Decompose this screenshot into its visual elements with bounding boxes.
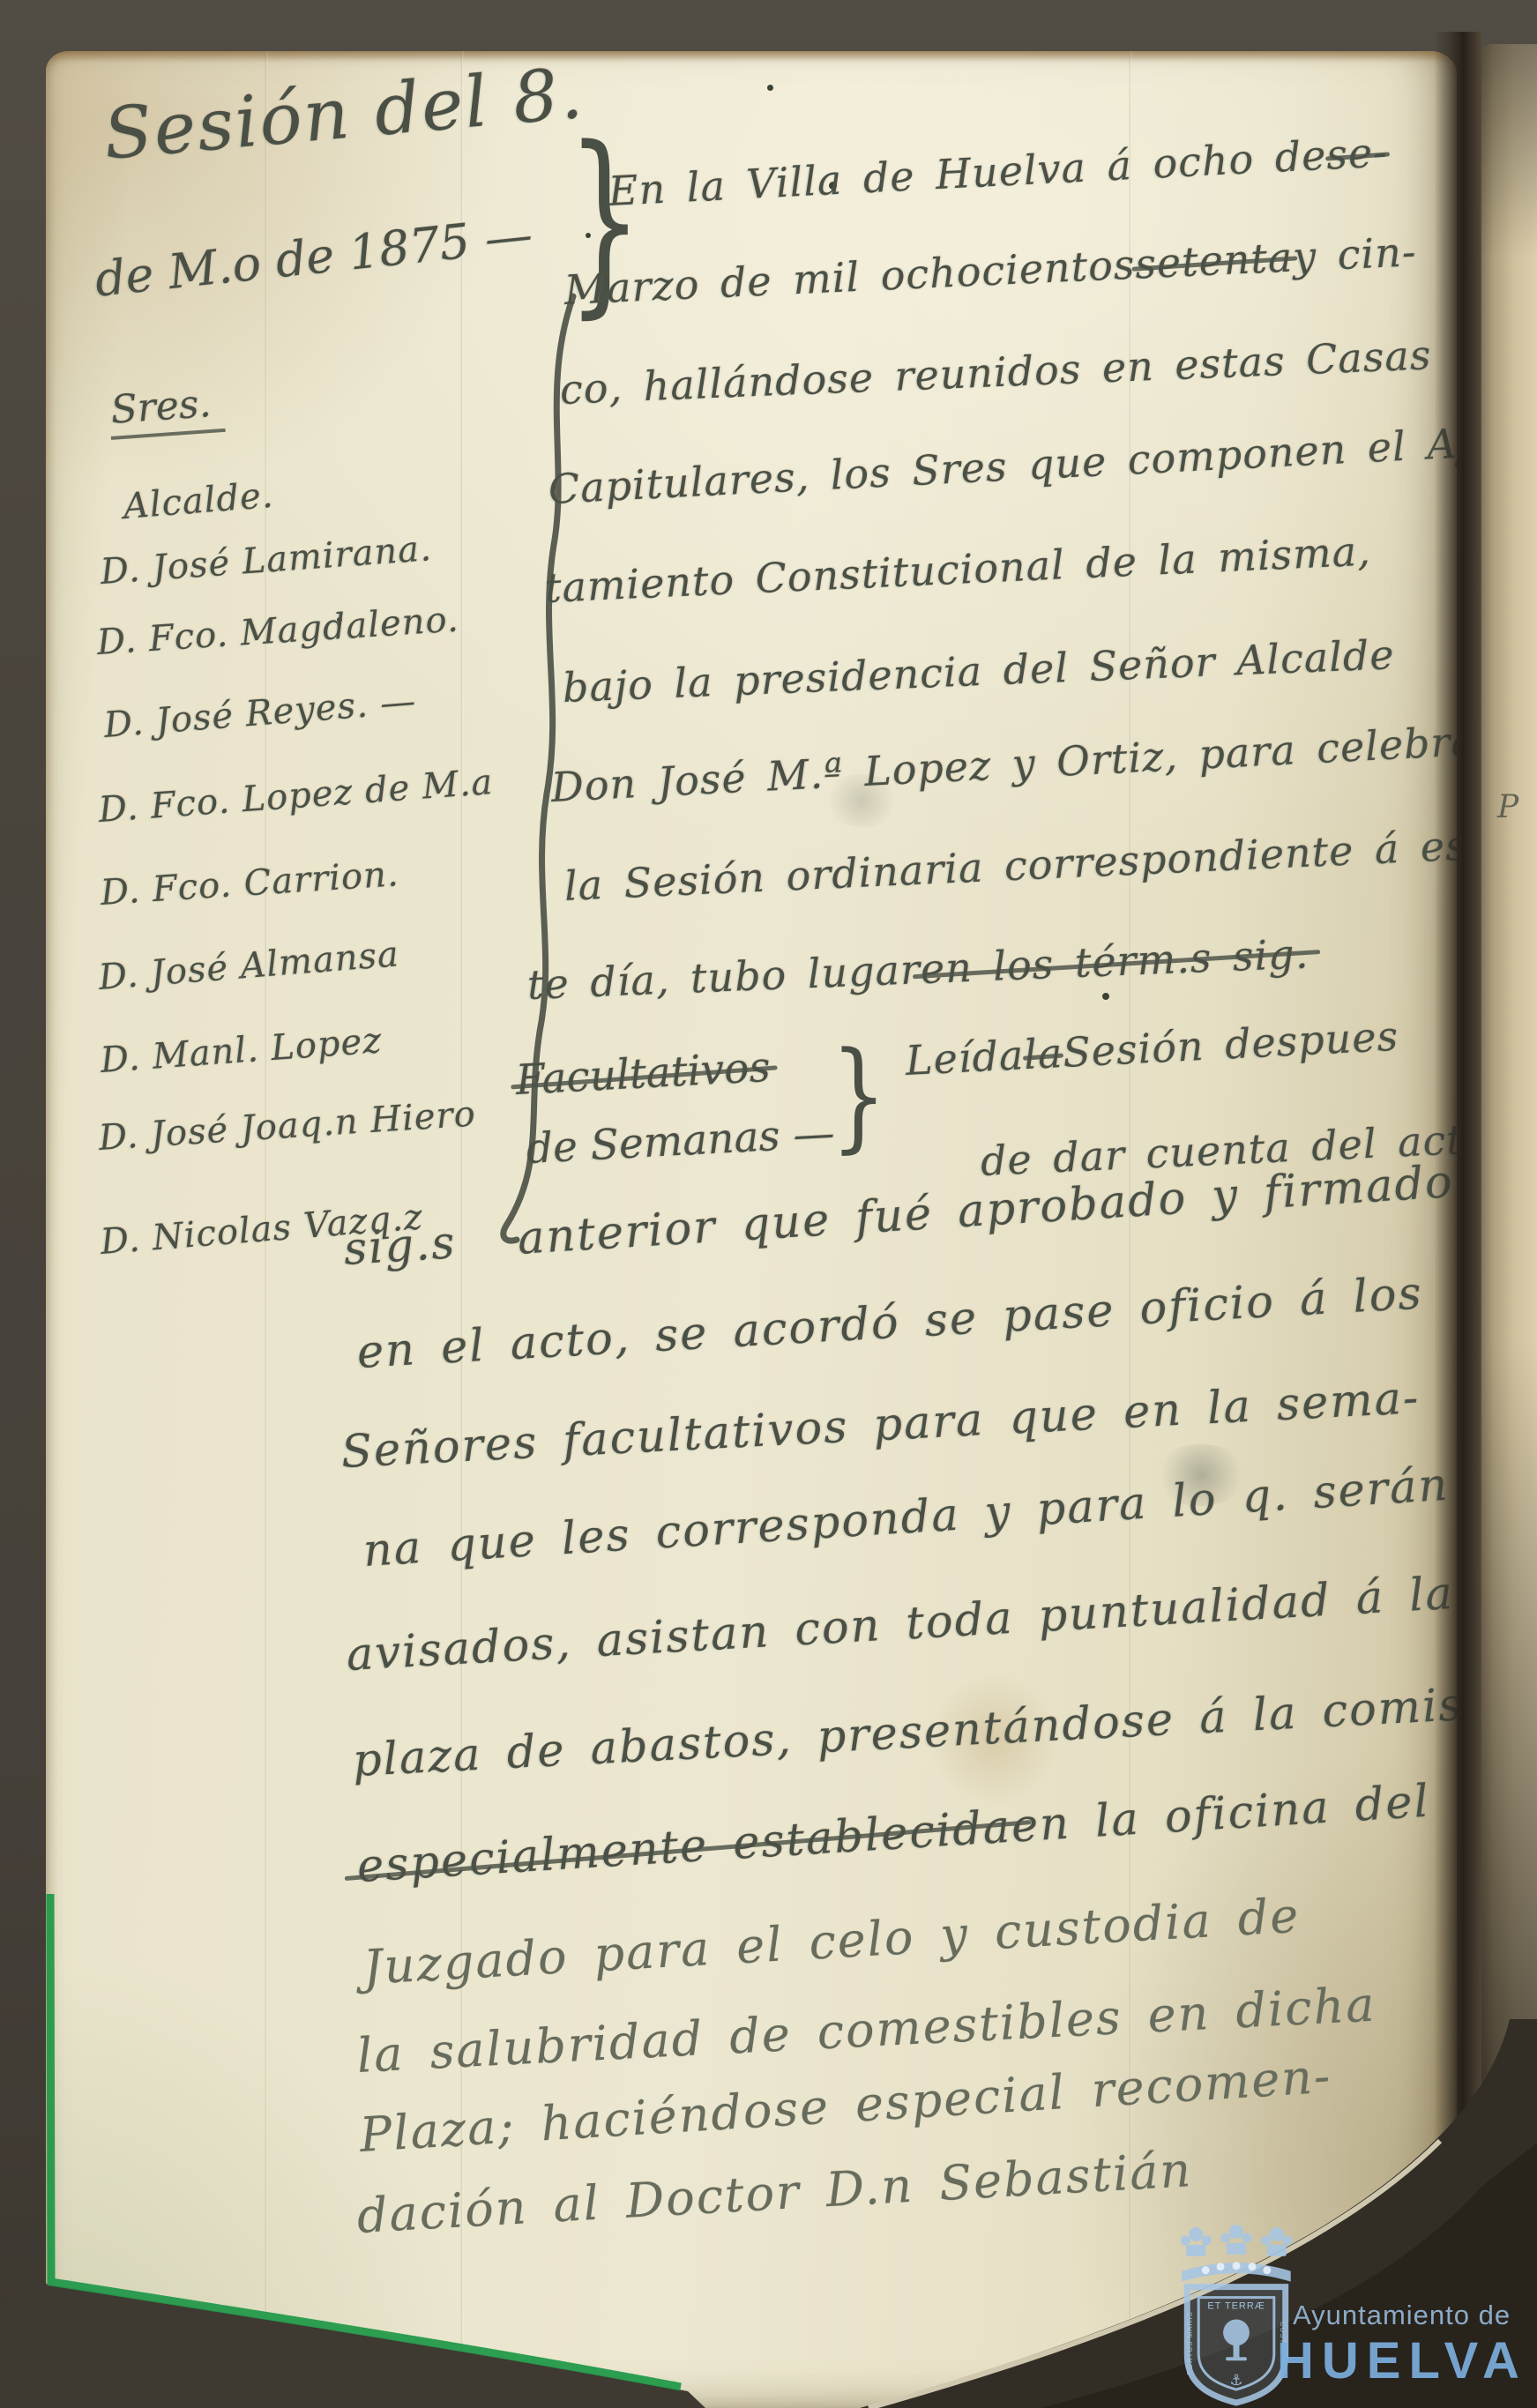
manuscript-line: avisados, asistan con toda puntualidad á… [345, 1568, 1455, 1681]
crest-motto-top: ET TERRÆ [1207, 2301, 1265, 2312]
manuscript-line: na que les corresponda y para lo q. será… [362, 1459, 1451, 1577]
handwritten-text: plaza de abastos, presentándose á la com… [352, 1675, 1457, 1787]
handwritten-text: Alcalde. [122, 475, 275, 527]
manuscript-line: en el acto, se acordó se pase oficio á l… [355, 1267, 1424, 1378]
archive-photograph: Psc Sesión del 8. de M.o de 1875 — Sres.… [0, 0, 1537, 2408]
watermark-text-small: Ayuntamiento de [1293, 2300, 1511, 2331]
manuscript-line: la Sesión ordinaria correspondiente á es… [563, 821, 1457, 910]
manuscript-line: te día, tubo lugar en los térm.s sig. [526, 929, 1309, 1009]
handwritten-text: avisados, asistan con toda puntualidad á… [345, 1568, 1455, 1681]
manuscript-line: dación al Doctor D.n Sebastián [355, 2142, 1193, 2244]
manuscript-line: D. Manl. Lopez [99, 1020, 383, 1081]
handwritten-text: en el acto, se acordó se pase oficio á l… [355, 1267, 1424, 1378]
handwritten-text: Señores facultativos para que en la sema… [340, 1372, 1421, 1479]
handwritten-text: D. José Joaq.n Hiero [98, 1093, 477, 1159]
handwritten-text: na que les corresponda y para lo q. será… [362, 1459, 1451, 1577]
manuscript-line: sig.santerior que fué aprobado y firmado [342, 1156, 1455, 1276]
manuscript-line: Alcalde. [122, 475, 275, 527]
attendees-heading: Sres. [108, 380, 226, 440]
struck-text: especialmente establecida [355, 1801, 1013, 1893]
handwritten-text: D. José Almansa [97, 934, 400, 998]
adjacent-page-ink-fragment: c [1511, 2102, 1529, 2138]
margin-note-line1: Facultativos [515, 1043, 772, 1105]
manuscript-line: D. José Almansa [97, 934, 400, 998]
manuscript-line: D. José Joaq.n Hiero [98, 1093, 477, 1159]
manuscript-line: En la Villa de Huelva á ocho de se- [608, 128, 1389, 215]
ink-dot [1102, 993, 1109, 1000]
handwritten-text: D. Fco. Lopez de M.a [97, 762, 494, 831]
manuscript-line: plaza de abastos, presentándose á la com… [352, 1675, 1457, 1787]
manuscript-line: tamiento Constitucional de la misma, [544, 526, 1372, 611]
manuscript-line: especialmente establecida en la oficina … [355, 1776, 1431, 1893]
adjacent-page-edge: Psc [1480, 44, 1537, 2408]
handwritten-text: D. Fco. Magdaleno. [96, 600, 460, 663]
manuscript-line: D. Fco. Carrion. [100, 854, 400, 913]
manuscript-line: D. Fco. Magdaleno. [96, 600, 460, 663]
watermark-text-large: HUELVA [1277, 2331, 1527, 2390]
handwritten-text: bajo la presidencia del Señor Alcalde [562, 630, 1396, 712]
adjacent-page-ink-fragment: P [1497, 789, 1518, 825]
word-gap [457, 1254, 519, 1257]
struck-text: setenta [1134, 234, 1294, 288]
struck-text: en los térm.s sig. [920, 929, 1309, 993]
manuscript-page: Sesión del 8. de M.o de 1875 — Sres. Alc… [46, 51, 1457, 2408]
brace-mark: } [831, 1037, 887, 1156]
manuscript-line: Leída la Sesión despues [905, 1012, 1400, 1085]
manuscript-line: D. Fco. Lopez de M.a [97, 762, 494, 831]
handwritten-text: en la oficina del [1010, 1776, 1431, 1853]
handwritten-text: Don José M.ª Lopez y Ortiz, para celebra… [550, 716, 1457, 811]
manuscript-line: Juzgado para el celo y custodia de [362, 1888, 1302, 1995]
handwritten-text: Marzo de mil ochocientos [563, 241, 1137, 314]
manuscript-line: Capitulares, los Sres que componen el Ay… [548, 415, 1457, 513]
margin-note-line2: de Semanas — [526, 1109, 836, 1174]
handwritten-text: Capitulares, los Sres que componen el Ay… [548, 415, 1457, 513]
struck-text: se- [1325, 128, 1389, 178]
handwritten-text: sig.s [342, 1217, 458, 1276]
crest-motto-left: PORTUS MARIS [1186, 2311, 1194, 2374]
adjacent-page-ink-fragment: s [1504, 2019, 1520, 2055]
manuscript-line: D. José Reyes. — [102, 681, 418, 746]
handwritten-text: En la Villa de Huelva á ocho de [608, 131, 1328, 215]
manuscript-line: Marzo de mil ochocientos setenta y cin- [563, 227, 1418, 314]
handwritten-text: Leída [905, 1031, 1026, 1085]
ink-dot [767, 85, 773, 91]
paper-fold-line [1129, 51, 1132, 2408]
handwritten-text: dación al Doctor D.n Sebastián [355, 2142, 1193, 2244]
manuscript-line: Don José M.ª Lopez y Ortiz, para celebra… [550, 716, 1457, 811]
handwritten-text: D. Fco. Carrion. [100, 854, 400, 913]
handwritten-text: D. José Reyes. — [102, 681, 418, 746]
handwritten-text: tamiento Constitucional de la misma, [544, 526, 1372, 611]
session-date: de M.o de 1875 — [93, 206, 535, 308]
handwritten-text: Juzgado para el celo y custodia de [362, 1888, 1302, 1995]
manuscript-line: Señores facultativos para que en la sema… [340, 1372, 1421, 1479]
session-title: Sesión del 8. [101, 52, 587, 175]
handwritten-text: te día, tubo lugar [526, 945, 921, 1009]
struck-text: la [1023, 1029, 1064, 1078]
handwritten-text: co, hallándose reunidos en estas Casas [559, 331, 1432, 414]
crest-anchor-icon: ⚓ [1229, 2371, 1242, 2389]
manuscript-line: bajo la presidencia del Señor Alcalde [562, 630, 1396, 712]
handwritten-text: y cin- [1292, 227, 1418, 280]
handwritten-text: D. Manl. Lopez [99, 1020, 383, 1081]
handwritten-text: Sesión despues [1062, 1012, 1399, 1077]
handwritten-text: la Sesión ordinaria correspondiente á es… [563, 821, 1457, 910]
manuscript-line: co, hallándose reunidos en estas Casas [559, 331, 1432, 414]
book-gutter-shadow [1434, 32, 1481, 2408]
